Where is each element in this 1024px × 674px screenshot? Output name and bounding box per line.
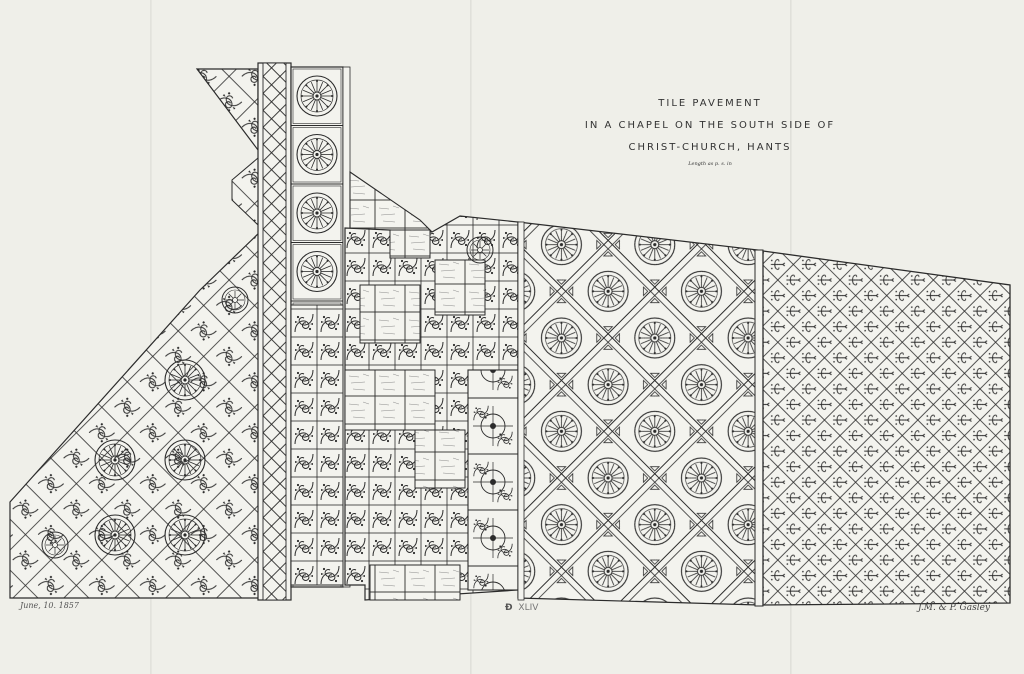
artist-signature: J.M. & P. Gasley (918, 603, 990, 613)
plate-numeral: XLIV (518, 603, 538, 613)
plate-number: Đ XLIV (505, 603, 538, 613)
plate-title-block: TILE PAVEMENT IN A CHAPEL ON THE SOUTH S… (560, 98, 860, 167)
section-diagonal-rosette-grid (518, 222, 758, 605)
title-line-2: IN A CHAPEL ON THE SOUTH SIDE OF (560, 120, 860, 131)
title-line-3: CHRIST-CHURCH, HANTS (560, 142, 860, 153)
section-lattice-border (258, 63, 291, 600)
title-line-1: TILE PAVEMENT (560, 98, 860, 109)
drawing-date: June, 10. 1857 (20, 601, 79, 610)
section-sloped-plain (350, 172, 432, 232)
plate-mark-icon: Đ (505, 603, 513, 613)
section-divider-strip (755, 250, 763, 606)
section-fleur-de-lis-diaper (763, 251, 1010, 605)
section-square-rosettes (291, 67, 350, 587)
section-diagonal-foliage-rosettes (10, 230, 262, 598)
scale-note: Length as p. s. in (560, 161, 860, 167)
tile-pavement-drawing (0, 0, 1024, 674)
section-mixed-tiles (345, 216, 518, 600)
section-upper-fragments (197, 69, 258, 225)
